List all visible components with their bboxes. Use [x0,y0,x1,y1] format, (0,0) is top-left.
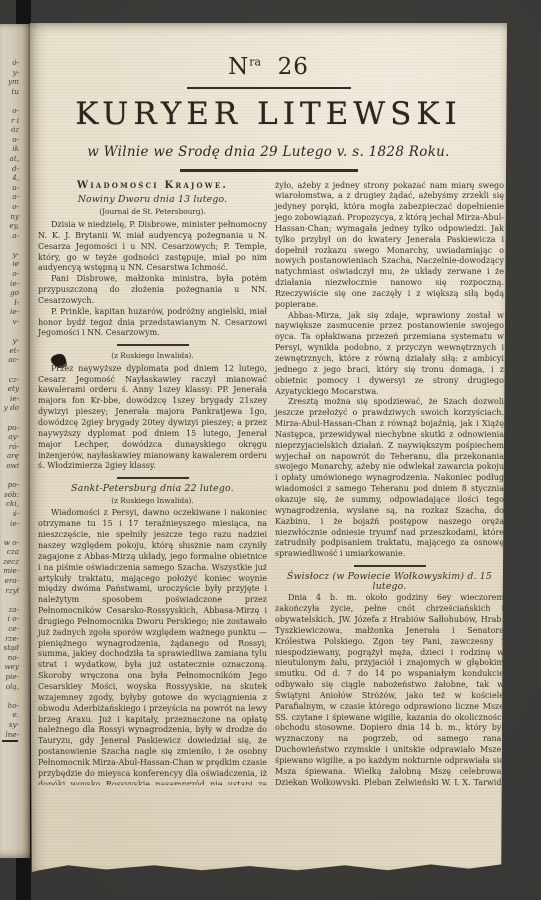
previous-page-edge: ó- y- ym tu o- r i óz o- ik at, d- 4, u-… [0,24,30,858]
right-column: żyło, ażeby z jedney strony pokazać nam … [275,181,504,785]
issue-number: 26 [278,54,309,80]
masthead-rule-top [187,87,351,89]
article-paragraph: Dnia 4 b. m. około godziny 6ey wieczorem… [275,593,504,784]
article-paragraph: Przez naywyższe dyplomata pod dniem 12 l… [38,364,267,472]
article-paragraph: Zresztą można się spodziewać, że Szach d… [275,397,504,560]
section-divider-rule [117,477,189,479]
issue-ordinal-suffix: ra [249,55,261,68]
source-attribution: (z Ruskiego Inwalida). [38,496,267,507]
article-paragraph: Dzisia w niedzielę, P. Disbrowe, ministe… [38,220,267,274]
article-subhead-court-news: Nowiny Dworu dnia 13 lutego. [38,195,267,206]
article-paragraph: P. Prinkle, kapitan huzarów, podróżny an… [38,307,267,340]
source-attribution: (z Ruskiego Inwalida). [38,351,267,362]
previous-page-text-fragments: ó- y- ym tu o- r i óz o- ik at, d- 4, u-… [0,58,19,739]
section-divider-rule [117,344,189,346]
article-subhead-swisloch: Świsłocz (w Powiecie Wołkowyskim) d. 15 … [275,572,504,594]
newspaper-page: Nra 26 KURYER LITEWSKI w Wilnie we Srodę… [30,23,507,872]
issue-number-line: Nra 26 [30,54,507,80]
masthead: Nra 26 KURYER LITEWSKI w Wilnie we Srodę… [30,23,507,172]
scan-background: ó- y- ym tu o- r i óz o- ik at, d- 4, u-… [0,0,541,900]
source-attribution: (Journal de St. Petersbourg). [38,207,267,218]
article-paragraph-continuation: żyło, ażeby z jedney strony pokazać nam … [275,181,504,311]
ink-blot-stain [51,354,66,366]
article-paragraph: Wiadomości z Persyi, dawno oczekiwane i … [38,508,267,784]
section-heading-domestic-news: Wiadomości Krajowe. [38,181,267,192]
article-columns: Wiadomości Krajowe. Nowiny Dworu dnia 13… [30,172,507,785]
left-column: Wiadomości Krajowe. Nowiny Dworu dnia 13… [38,181,267,785]
section-divider-rule [354,565,426,567]
article-paragraph: Abbas-Mirza, jak się zdaje, wprawiony zo… [275,311,504,398]
issue-prefix: N [228,54,249,80]
newspaper-title: KURYER LITEWSKI [30,96,507,132]
masthead-dateline: w Wilnie we Srodę dnia 29 Lutego v. s. 1… [30,144,507,160]
previous-page-divider-rule [2,740,18,742]
article-subhead-petersburg: Sankt-Petersburg dnia 22 lutego. [38,484,267,495]
article-paragraph: Pani Disbrowe, małżonka ministra, była p… [38,274,267,307]
